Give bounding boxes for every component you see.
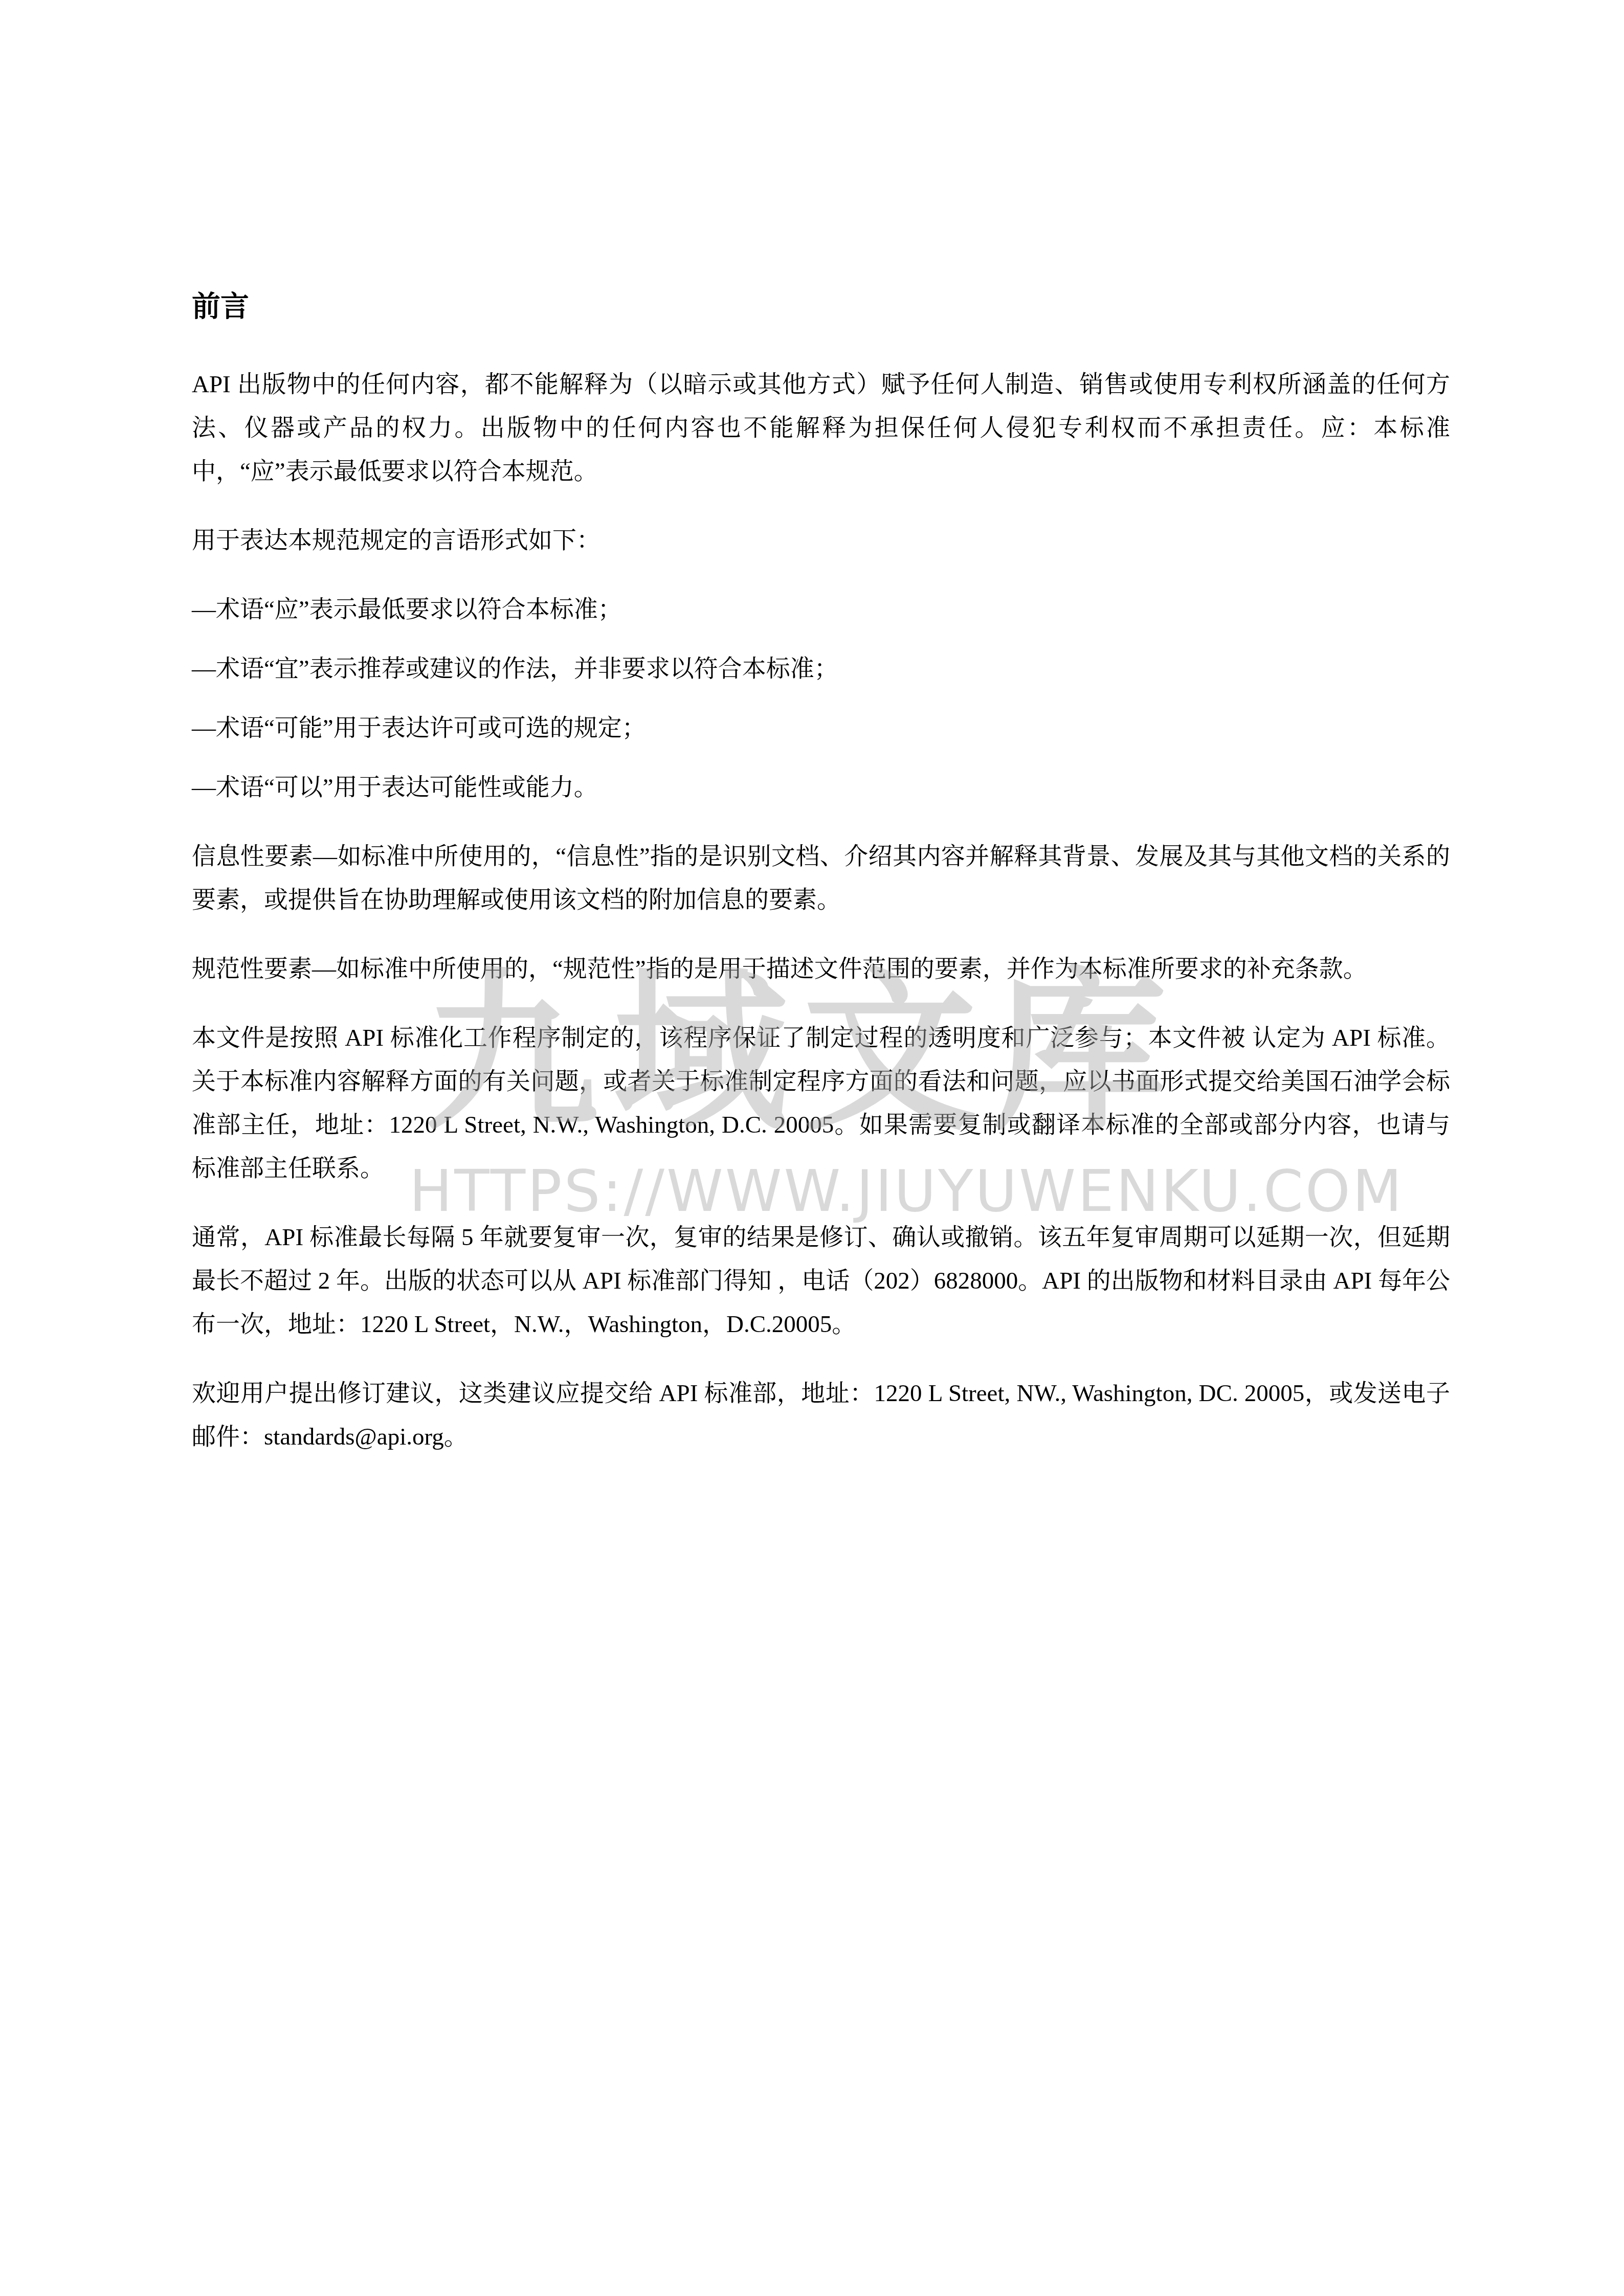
paragraph-standardization-procedure: 本文件是按照 API 标准化工作程序制定的，该程序保证了制定过程的透明度和广泛参… xyxy=(192,1017,1450,1190)
terms-list: —术语“应”表示最低要求以符合本标准； —术语“宜”表示推荐或建议的作法，并非要… xyxy=(192,588,1450,809)
list-item: —术语“可以”用于表达可能性或能力。 xyxy=(192,766,1450,809)
list-item: —术语“宜”表示推荐或建议的作法，并非要求以符合本标准； xyxy=(192,647,1450,691)
paragraph-normative-elements: 规范性要素—如标准中所使用的，“规范性”指的是用于描述文件范围的要素，并作为本标… xyxy=(192,948,1450,991)
document-page: 前言 API 出版物中的任何内容，都不能解释为（以暗示或其他方式）赋予任何人制造… xyxy=(0,0,1624,2296)
paragraph-verbal-forms-intro: 用于表达本规范规定的言语形式如下： xyxy=(192,519,1450,562)
list-item: —术语“可能”用于表达许可或可选的规定； xyxy=(192,707,1450,750)
paragraph-review-cycle: 通常，API 标准最长每隔 5 年就要复审一次，复审的结果是修订、确认或撤销。该… xyxy=(192,1216,1450,1346)
paragraph-informative-elements: 信息性要素—如标准中所使用的，“信息性”指的是识别文档、介绍其内容并解释其背景、… xyxy=(192,835,1450,922)
preface-section: 前言 API 出版物中的任何内容，都不能解释为（以暗示或其他方式）赋予任何人制造… xyxy=(192,286,1450,1484)
paragraph-patent-disclaimer: API 出版物中的任何内容，都不能解释为（以暗示或其他方式）赋予任何人制造、销售… xyxy=(192,363,1450,493)
page-title: 前言 xyxy=(192,286,1450,327)
list-item: —术语“应”表示最低要求以符合本标准； xyxy=(192,588,1450,632)
paragraph-revision-suggestions: 欢迎用户提出修订建议，这类建议应提交给 API 标准部，地址：1220 L St… xyxy=(192,1372,1450,1459)
